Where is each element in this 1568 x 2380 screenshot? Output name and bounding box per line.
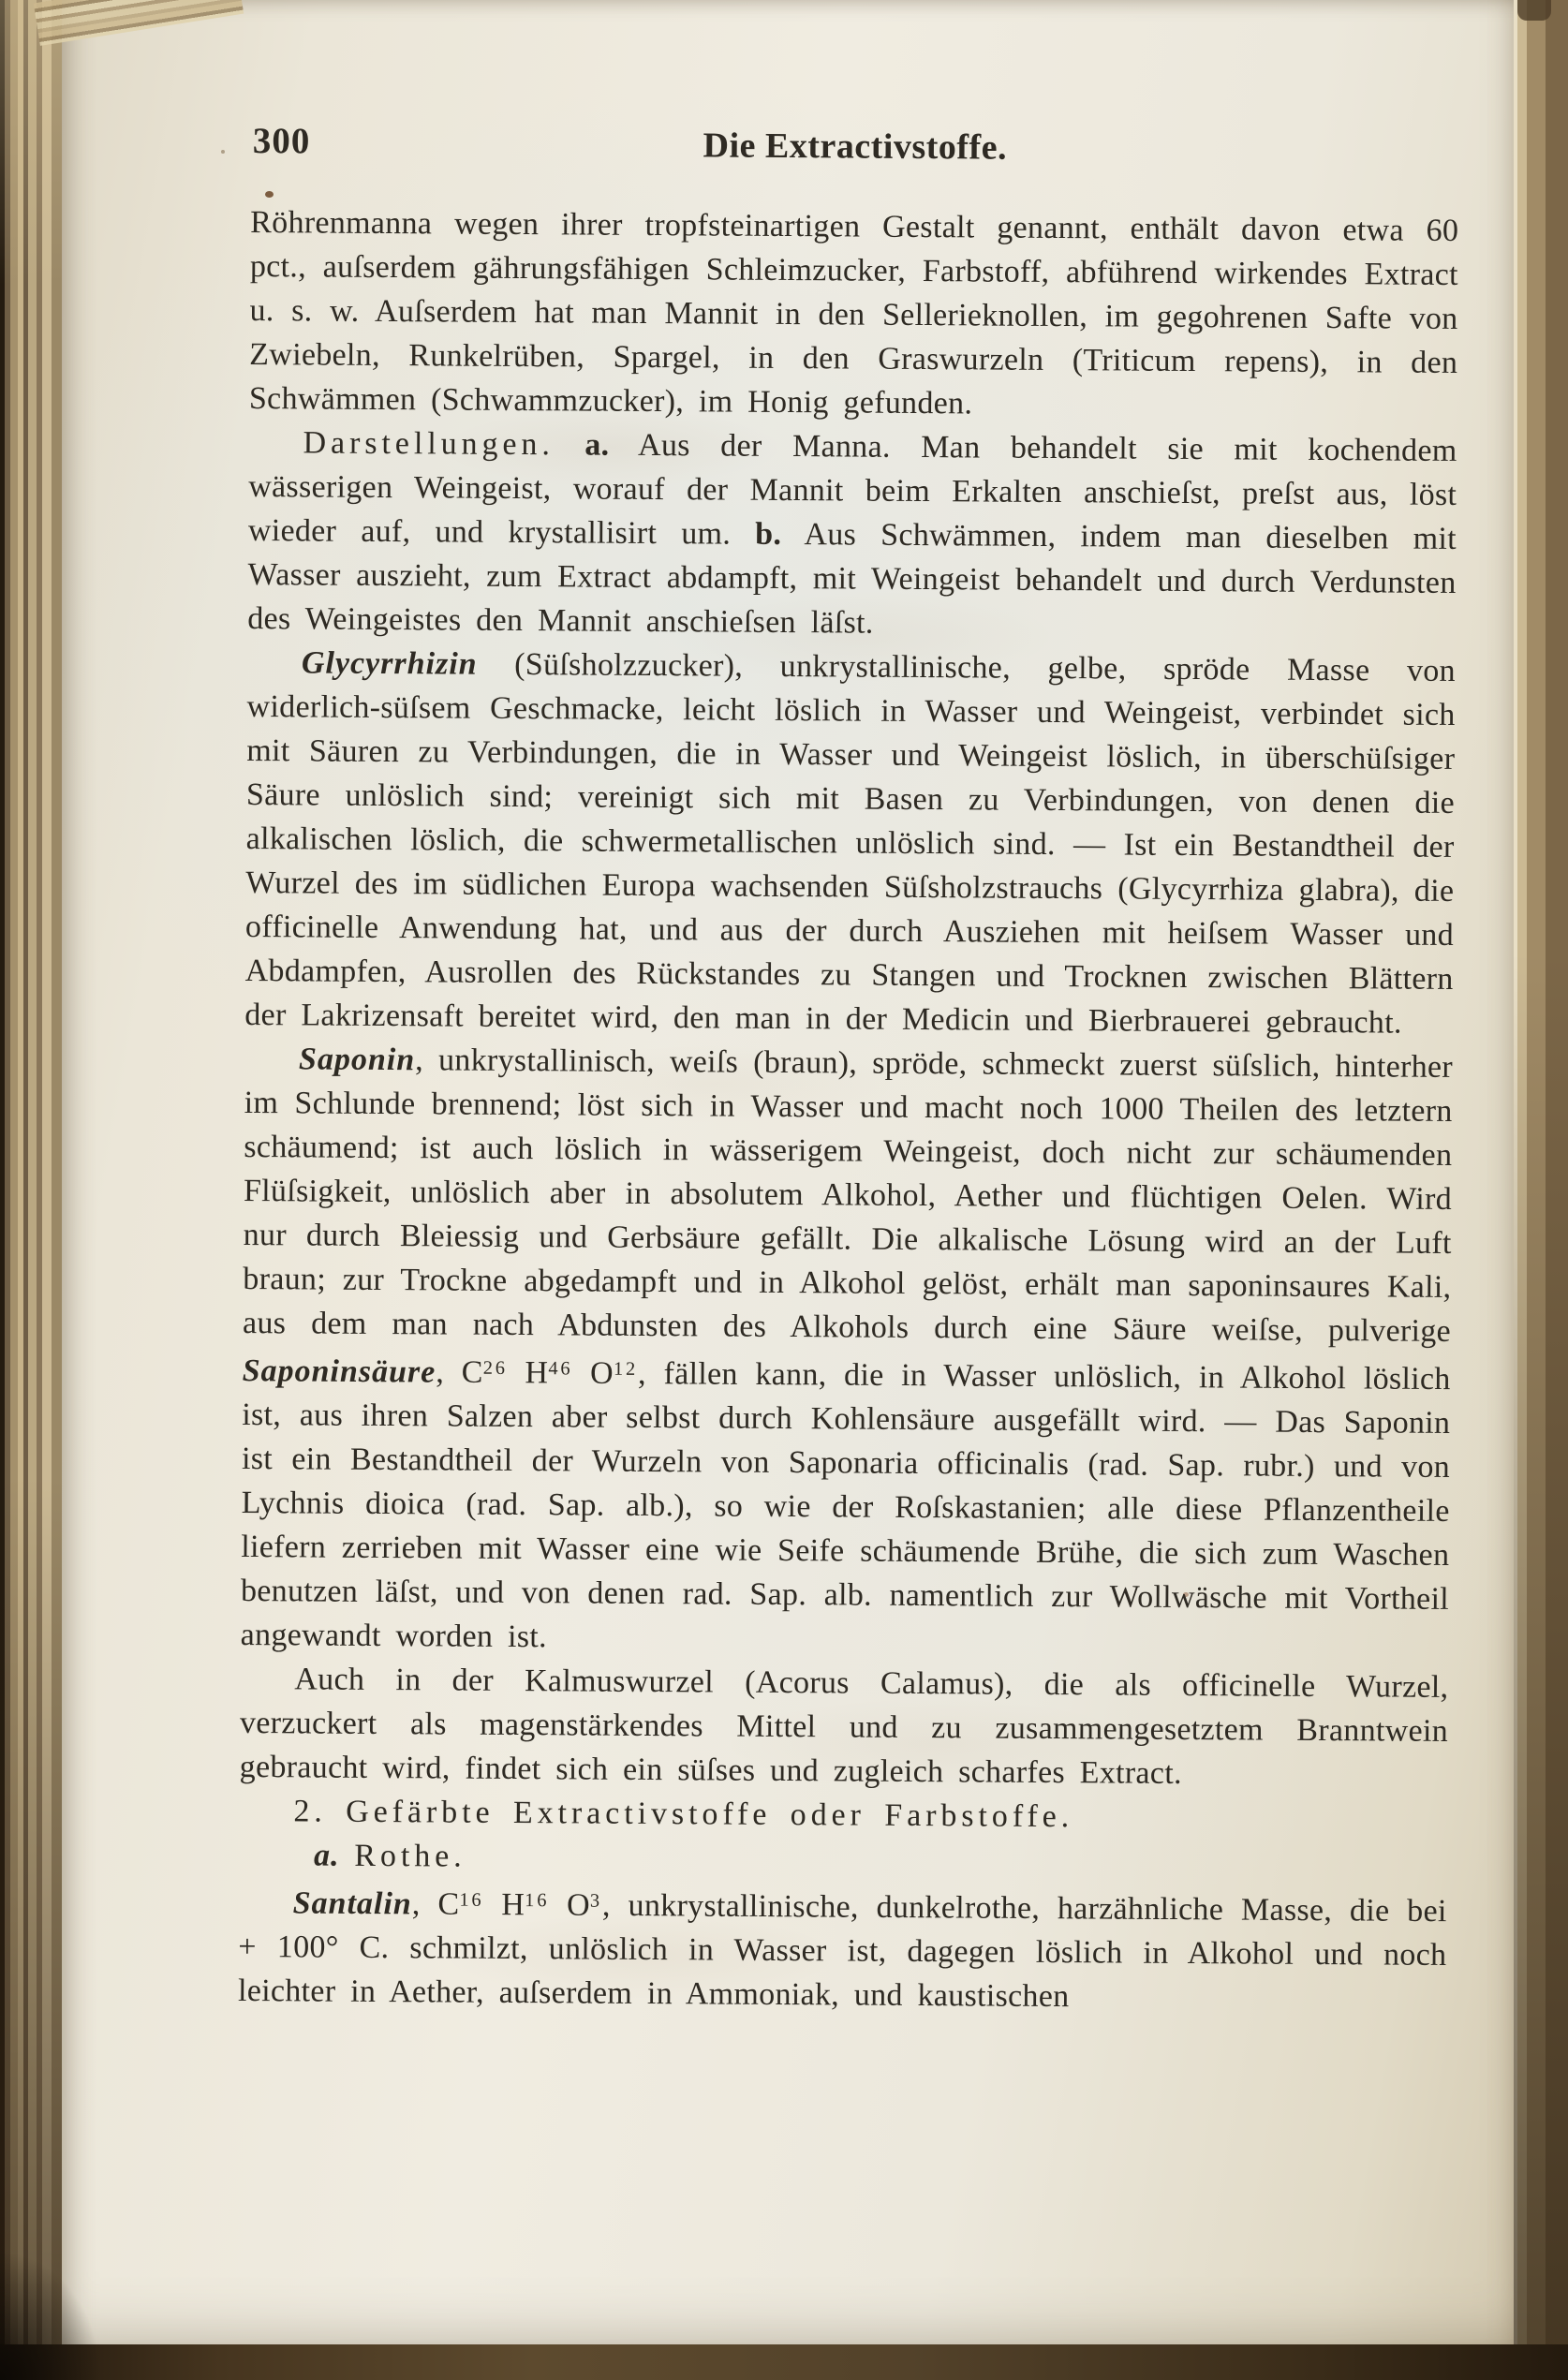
page-stack-edge-right <box>1514 0 1568 2380</box>
page-content: 300 Die Extractivstoffe. Röhrenmanna weg… <box>238 120 1459 2021</box>
page-header: 300 Die Extractivstoffe. <box>251 120 1459 186</box>
running-title: Die Extractivstoffe. <box>703 125 1007 168</box>
paragraph-santalin: Santalin, C16 H16 O3, unkrystallinische,… <box>238 1877 1447 2021</box>
paragraph-roehrenmanna: Röhrenmanna wegen ihrer tropfsteinartige… <box>249 200 1459 429</box>
paragraph-saponin: Saponin, unkrystallinisch, weiſs (braun)… <box>241 1037 1454 1665</box>
paragraph-kalmuswurzel: Auch in der Kalmuswurzel (Acorus Calamus… <box>240 1657 1449 1797</box>
binding-notch-top-right <box>1517 0 1551 21</box>
ink-speck <box>221 150 225 154</box>
paragraph-darstellungen: Darstellungen. a. Aus der Manna. Man beh… <box>247 421 1457 649</box>
paragraph-glycyrrhizin: Glycyrrhizin (Süſsholzzucker), unkrystal… <box>244 641 1456 1045</box>
page-stack-edge-bottom <box>0 2344 1568 2380</box>
shadow-corner-bottom-left <box>0 2202 141 2380</box>
page-number: 300 <box>253 120 311 162</box>
text-block: Röhrenmanna wegen ihrer tropfsteinartige… <box>238 200 1458 2021</box>
book-scan-page: 300 Die Extractivstoffe. Röhrenmanna weg… <box>0 0 1568 2380</box>
book-binding-edge <box>0 0 62 2380</box>
